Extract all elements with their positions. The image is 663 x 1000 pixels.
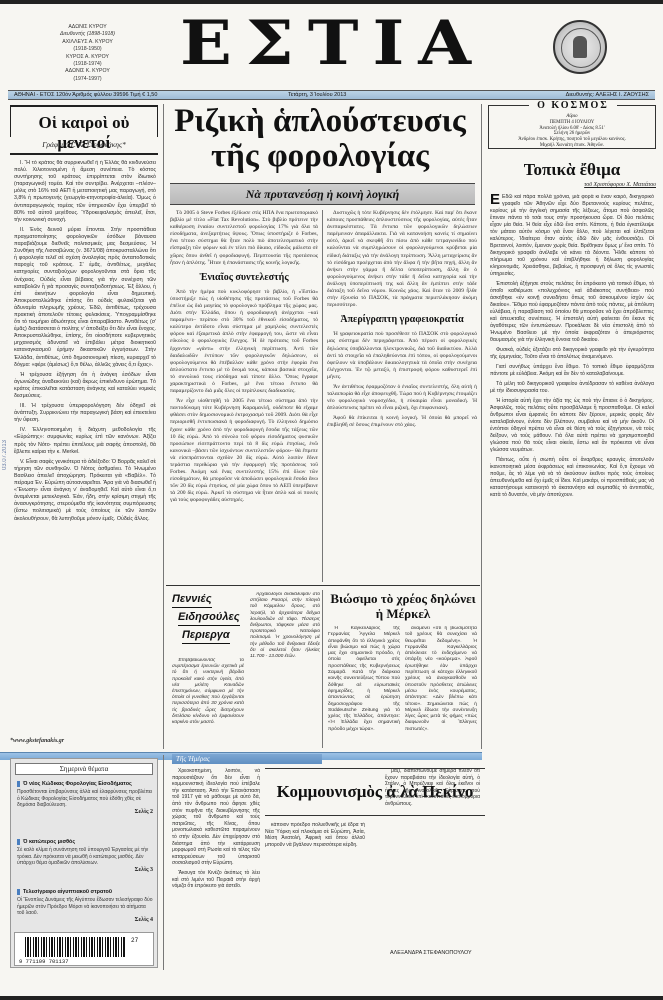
section-heading: Ἑνιαῖος συντελεστής xyxy=(170,271,318,285)
topic-title: Ὁ νέος Κώδικας Φορολογίας Εἰσοδήματος xyxy=(17,781,153,787)
oped-paragraph: III. Ἡ τρέχουσα ὑπερφορολόγηση δὲν ὁδηγε… xyxy=(14,403,156,424)
merkel-column-2: ἀναμένει «ὅτι ἡ βιωσιμότητα τοῦ χρέους θ… xyxy=(405,626,477,748)
founders-list: ΑΔΩΝΙΣ ΚΥΡΟΥ Διευθυντής (1898-1918) ΑΧΙΛ… xyxy=(30,24,145,83)
pennies-item: Ἀρχαιολόγοι ἀνακάλυψαν στὸ σπήλαιο Ρασαρ… xyxy=(250,592,320,746)
founder-note: (1918-1974) xyxy=(30,61,145,68)
topika-body: ΕΕδῶ καὶ πάρα πολλὰ χρόνια, μιὰ φορὰ κι … xyxy=(490,194,654,946)
founder-note: (1918-1950) xyxy=(30,46,145,53)
lead-paragraph: Ἂν εἶχε υἱοθετηθῆ τὸ 2005 ἕνα τέτοιο σύσ… xyxy=(170,398,318,504)
drop-cap: Ε xyxy=(490,194,500,206)
oped-header: Οἱ καιροὶ οὐ μενετοί Γράφει ὁ Γ. Κ. Στεφ… xyxy=(10,105,158,155)
founder-name: ΑΔΩΝΙΣ Κ. ΚΥΡΟΥ xyxy=(30,68,145,75)
barcode: 9 771109 701137 27 xyxy=(14,932,154,966)
section-divider xyxy=(166,585,480,586)
tis-imeras-text: κάποιον πρόεδρο πολυεθνικῆς μὲ ἕδρα τὴ Ν… xyxy=(265,822,365,848)
founder-note: Διευθυντής (1898-1918) xyxy=(30,31,145,38)
topika-paragraph: Ἡ ἱστορία αὐτὴ ἔχει τὴν ἀξία της ὡς ποὺ … xyxy=(490,398,654,454)
hestia-seal-icon xyxy=(553,20,607,74)
oped-byline: Γράφει ὁ Γ. Κ. Στεφανάκης* xyxy=(10,140,158,149)
founder-note: (1974-1997) xyxy=(30,76,145,83)
lead-paragraph: Τὸ 2005 ὁ Steve Forbes ἐξέδωσε στὶς ΗΠΑ … xyxy=(170,210,318,267)
column-divider xyxy=(163,104,164,749)
topic-summary: Προσθέτονται ἐπιβαρύνσεις ἀλλὰ καὶ ἐλαφρ… xyxy=(17,789,153,808)
lead-column-1: Τὸ 2005 ὁ Steve Forbes ἐξέδωσε στὶς ΗΠΑ … xyxy=(170,210,318,584)
lead-paragraph: Δυστυχῶς ἡ τότε Κυβέρνησις δὲν ἐτόλμησε.… xyxy=(327,210,477,309)
author-signature: ΑΛΕΞΑΝΔΡΑ ΣΤΕΦΑΝΟΠΟΥΛΟΥ xyxy=(390,950,472,956)
founder-name: ΚΥΡΟΣ Α. ΚΥΡΟΥ xyxy=(30,54,145,61)
column-divider xyxy=(322,210,323,582)
tis-imeras-text: μαζί, διαπιστώνουμε σήμερα πλέον ὅτι ἔχο… xyxy=(385,768,480,808)
topic-summary: Σὲ καλὸ κλίμα ἡ συνάντηση τοῦ ὑπουργοῦ Ἐ… xyxy=(17,847,153,866)
topic-page: Σελὶς 4 xyxy=(17,917,153,923)
tis-imeras-text: Ἄκουγα τὸν Κινέζο ἀκόπως τὸ λέει καὶ στὸ… xyxy=(172,870,260,890)
oped-paragraph: IV. Ἑλληνοποιημένη ἡ διάχυτη μεθοδολογία… xyxy=(14,427,156,455)
kosmos-line: Μιχαὴλ Χωνιάτη ἐπισκ. Ἀθηνῶν. xyxy=(489,143,655,149)
lead-paragraph: Ἀπὸ τὴν ἡμέρα ποὺ κυκλοφόρησε τὸ βιβλίο,… xyxy=(170,289,318,395)
lead-paragraph: Ἀφοῦ θὰ ἐπίκειται ἡ κοινὴ λογική. Ἡ ὁποί… xyxy=(327,415,477,429)
column-divider xyxy=(163,755,164,970)
topic-item[interactable]: Τελεσίγραφο αἰγυπτιακοῦ στρατοῦ Οἱ Ἔνοπλ… xyxy=(17,889,153,923)
pennies-title-line: Πεννιές xyxy=(172,592,212,608)
topika-paragraph: Γιατί συνήθως ὑπάρχει ἕνα ἔθιμο. Τὸ τοπι… xyxy=(490,364,654,378)
topic-title: Ὁ κατώτερος μισθός xyxy=(17,839,153,845)
pennies-title-line: Ειδησούλες xyxy=(178,610,240,626)
topika-paragraph: Εδῶ καὶ πάρα πολλὰ χρόνια, μιὰ φορὰ κι ἕ… xyxy=(490,194,654,277)
topic-title: Τελεσίγραφο αἰγυπτιακοῦ στρατοῦ xyxy=(17,889,153,895)
archive-datestamp: 03.07.2013 xyxy=(2,440,12,470)
topika-headline: Τοπικὰ ἔθιμα xyxy=(488,160,656,180)
lead-headline: Ριζικὴ ἁπλούστευσις τῆς φορολογίας xyxy=(170,104,470,174)
lead-paragraph: Ἡ γραφειοκρατία ποὺ προσέθεσε τὸ ΠΑΣΟΚ σ… xyxy=(327,331,477,381)
issue-info: ΑΘΗΝΑΙ - ΕΤΟΣ 120όν Άριθμός φύλλου 39596… xyxy=(14,91,157,100)
top-border xyxy=(0,0,663,4)
todays-topics-title: Σημερινὰ θέματα xyxy=(15,763,153,775)
oped-paragraph: V. Εἶναι σαφὲς γενικότερα τὸ ἀδιέξοδο: Ὁ… xyxy=(14,459,156,523)
pennies-text: Ἐπιβεβαιώνοντας τὸ συμπέρασμα ἐρευνῶν σχ… xyxy=(172,658,244,726)
pennies-title-line: Περιεργα xyxy=(182,628,230,644)
topic-item[interactable]: Ὁ κατώτερος μισθός Σὲ καλὸ κλίμα ἡ συνάν… xyxy=(17,839,153,873)
tis-imeras-column-3: μαζί, διαπιστώνουμε σήμερα πλέον ὅτι ἔχο… xyxy=(385,768,480,946)
tis-imeras-column-1: Χρεοκοπημένη, λοιπόν, νὰ παρουσιάζουν ὅτ… xyxy=(172,768,260,950)
topic-summary: Οἱ Ἔνοπλες Δυνάμεις τῆς Αἰγύπτου ἔδωσαν … xyxy=(17,897,153,916)
lead-column-2: Δυστυχῶς ἡ τότε Κυβέρνησις δὲν ἐτόλμησε.… xyxy=(327,210,477,584)
kosmos-box: Ο ΚΟΣΜΟΣ Αὔριο ΠΕΜΠΤΗ 4 ΙΟΥΛΙΟΥ Ἀνατολὴ … xyxy=(488,105,656,149)
issue-date: Τετάρτη, 3 Ἰουλίου 2013 xyxy=(288,91,346,100)
topika-paragraph: Πάντως, οὔτε ἡ σιωπὴ οὔτε οἱ ἄναρθρες κρ… xyxy=(490,457,654,499)
tis-imeras-column-2: κάποιον πρόεδρο πολυεθνικῆς μὲ ἕδρα τὴ Ν… xyxy=(265,822,365,942)
author-website-link[interactable]: *www.gkstefanakis.gr xyxy=(10,738,64,744)
topic-page: Σελὶς 3 xyxy=(17,867,153,873)
topic-page: Σελὶς 2 xyxy=(17,809,153,815)
pennies-box-title: Πεννιές Ειδησούλες Περιεργα xyxy=(172,592,242,647)
masthead-logo: ΕΣΤΙΑ xyxy=(160,18,505,68)
headline-line: τῆς φορολογίας xyxy=(170,139,470,174)
newspaper-front-page: ΑΔΩΝΙΣ ΚΥΡΟΥ Διευθυντής (1898-1918) ΑΧΙΛ… xyxy=(0,0,663,1000)
merkel-column-1: Ἡ Καγκελλάριος τῆς Γερμανίας Ἄγγελα Μέρκ… xyxy=(328,626,400,748)
column-divider xyxy=(481,104,482,749)
topic-item[interactable]: Ὁ νέος Κώδικας Φορολογίας Εἰσοδήματος Πρ… xyxy=(17,781,153,815)
tis-imeras-text: Χρεοκοπημένη, λοιπόν, νὰ παρουσιάζουν ὅτ… xyxy=(172,768,260,867)
barcode-number: 9 771109 701137 xyxy=(19,958,69,965)
merkel-text: Ἡ Καγκελλάριος τῆς Γερμανίας Ἄγγελα Μέρκ… xyxy=(328,626,400,733)
tis-imeras-label: Τῆς Ἡμέρας xyxy=(172,754,322,764)
barcode-bars-icon xyxy=(25,937,125,957)
topika-paragraph: Ἐπιστολὴ ἐξήγησε στοὺς πελάτες ὅτι ἐπρόκ… xyxy=(490,281,654,344)
editor-info: Διευθυντής: ΑΛΕΞΗΣ Ι. ΖΑΟΥΣΗΣ xyxy=(566,91,649,100)
topika-paragraph: Φυσικά, οὐδεὶς ἐξετάζει στὸ δικηγορικὸ γ… xyxy=(490,347,654,361)
founder-name: ΑΧΙΛΛΕΥΣ Α. ΚΥΡΟΥ xyxy=(30,39,145,46)
pennies-text: Ἀρχαιολόγοι ἀνακάλυψαν στὸ σπήλαιο Ρασαρ… xyxy=(250,592,320,660)
column-divider xyxy=(322,590,323,748)
merkel-text: ἀναμένει «ὅτι ἡ βιωσιμότητα τοῦ χρέους θ… xyxy=(405,626,477,733)
headline-line: Ριζικὴ ἁπλούστευσις xyxy=(170,104,470,139)
lead-paragraph: Ἂν ἀντιθέτως ἐφαρμοζόταν ὁ ἑνιαῖος συντε… xyxy=(327,384,477,412)
oped-paragraph: Ἡ τρέχουσα ἐξήγηση ὅτι ἡ ἀνάγκη ἐσόδων ε… xyxy=(14,372,156,400)
lead-subheadline: Νὰ πρυτανεύσῃ ἡ κοινὴ λογική xyxy=(170,183,475,205)
pennies-item: Ἐπιβεβαιώνοντας τὸ συμπέρασμα ἐρευνῶν σχ… xyxy=(172,658,244,746)
issue-number: 27 xyxy=(131,937,138,944)
topika-byline: τοῦ Χριστόφορου Χ. Ματιάτου xyxy=(488,182,656,188)
oped-body: I. Ἤ τὸ κράτος θὰ συρρικνωθεῖ ἢ ἡ Ἑλλὰς … xyxy=(14,160,156,738)
info-bar: ΑΘΗΝΑΙ - ΕΤΟΣ 120όν Άριθμός φύλλου 39596… xyxy=(8,90,655,100)
merkel-headline: Βιώσιμο τὸ χρέος δηλώνει ἡ Μέρκελ xyxy=(327,591,479,621)
oped-paragraph: II. Ἑνὸς δεινοῦ μύρια ἕπονται. Στὴν προσ… xyxy=(14,227,156,369)
oped-paragraph: I. Ἤ τὸ κράτος θὰ συρρικνωθεῖ ἢ ἡ Ἑλλὰς … xyxy=(14,160,156,224)
bottom-border xyxy=(0,996,663,1000)
section-heading: Ἀπερίγραπτη γραφειοκρατία xyxy=(327,313,477,327)
topika-paragraph: Τὰ μέλη τοῦ δικηγορικοῦ γραφείου ἀντέδρα… xyxy=(490,381,654,395)
kosmos-title: Ο ΚΟΣΜΟΣ xyxy=(529,101,617,111)
